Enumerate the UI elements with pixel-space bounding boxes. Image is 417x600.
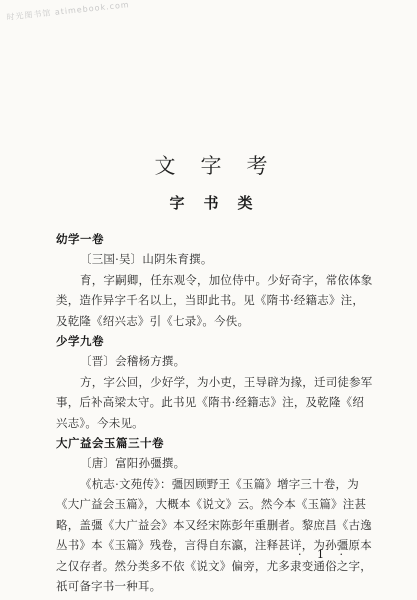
book-page: 时光图书馆 atimebook.com 文 字 考 字 书 类 幼学一卷〔三国·… [0, 0, 417, 600]
text-line: 育，字嗣卿，任东观令，加位侍中。少好奇字，常依体象 [56, 270, 370, 290]
text-line: 《大广益会玉篇》，大概本《说文》云。然今本《玉篇》注甚 [56, 494, 370, 514]
text-line: 略，盖彊《大广益会》本又经宋陈彭年重删者。黎庶昌《古逸 [56, 515, 370, 535]
book-title: 文 字 考 [56, 150, 368, 180]
text-line: 类，造作异字千名以上，当即此书。见《隋书·经籍志》注， [56, 290, 370, 310]
text-line: 及乾隆《绍兴志》引《七录》。今佚。 [56, 311, 370, 331]
text-line: 祇可备字书一种耳。 [56, 576, 370, 596]
text-line: 《杭志·文苑传》：彊因顾野王《玉篇》增字三十卷，为 [56, 474, 370, 494]
entry-heading: 大广益会玉篇三十卷 [56, 433, 370, 453]
text-line: 兴志》。今未见。 [56, 413, 370, 433]
section-heading: 字 书 类 [56, 192, 368, 213]
text-line: 〔唐〕富阳孙彊撰。 [56, 453, 370, 473]
text-line: 事，后补高梁太守。此书见《隋书·经籍志》注，及乾隆《绍 [56, 392, 370, 412]
text-line: 〔三国·吴〕山阴朱育撰。 [56, 249, 370, 269]
text-line: 方，字公回，少好学，为小吏，王导辟为掾，迁司徒参军 [56, 372, 370, 392]
entry-heading: 幼学一卷 [56, 229, 370, 249]
page-number: · 1 · [298, 548, 349, 561]
content: 幼学一卷〔三国·吴〕山阴朱育撰。育，字嗣卿，任东观令，加位侍中。少好奇字，常依体… [56, 229, 370, 596]
watermark: 时光图书馆 atimebook.com [6, 0, 130, 23]
text-line: 〔晋〕会稽杨方撰。 [56, 351, 370, 371]
entry-heading: 少学九卷 [56, 331, 370, 351]
